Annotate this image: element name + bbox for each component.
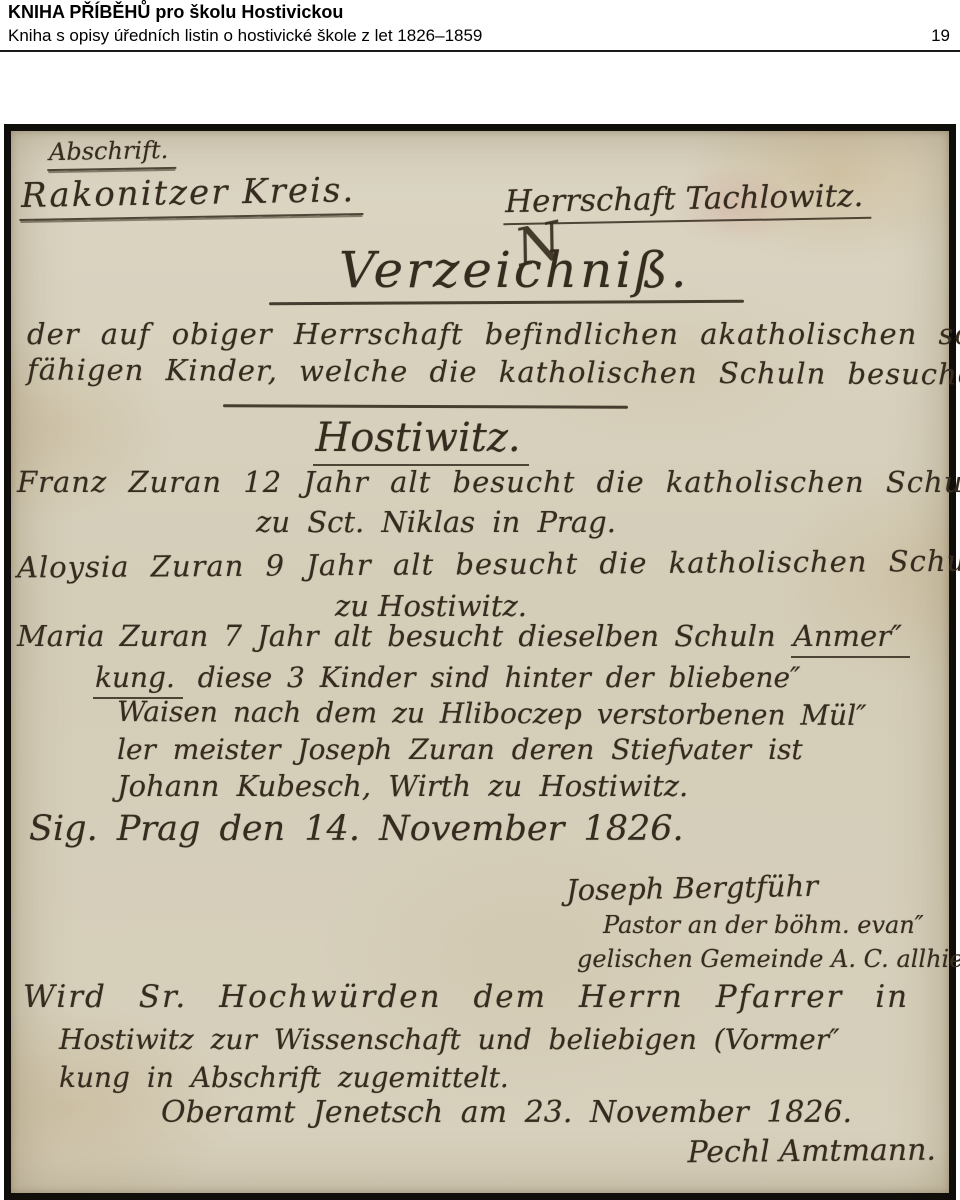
ms-text: Rakonitzer Kreis. (19, 170, 364, 221)
ms-entry-maria: Maria Zuran 7 Jahr alt besucht dieselben… (17, 619, 910, 653)
ms-note-line3: ler meister Joseph Zuran deren Stiefvate… (117, 733, 803, 766)
ms-text: diese 3 Kinder sind hinter der bliebene″ (183, 661, 801, 694)
book-title: KNIHA PŘÍBĚHŮ pro školu Hostivickou (8, 2, 343, 23)
title-underline (269, 300, 744, 305)
ms-office-dateline: Oberamt Jenetsch am 23. November 1826. (161, 1095, 852, 1130)
ms-office-signature: Pechl Amtmann. (481, 1133, 936, 1173)
section-divider-line (223, 404, 628, 408)
ms-note-line2: Waisen nach dem zu Hliboczep verstorbene… (117, 695, 867, 732)
ms-entry-franz: Franz Zuran 12 Jahr alt besucht die kath… (17, 465, 960, 499)
ms-line-herrschaft: Herrschaft Tachlowitz. (503, 178, 872, 220)
page-number: 19 (931, 26, 950, 46)
page-subtitle: Kniha s opisy úředních listin o hostivic… (8, 26, 482, 46)
ms-text: Herrschaft Tachlowitz. (503, 178, 872, 225)
ms-text: Hostiwitz. (313, 415, 528, 466)
ms-note-line4: Johann Kubesch, Wirth zu Hostiwitz. (117, 769, 688, 803)
header-rule (0, 50, 960, 52)
ms-note-line1: kung. diese 3 Kinder sind hinter der bli… (93, 661, 801, 694)
ms-text: Maria Zuran 7 Jahr alt besucht dieselben… (17, 619, 791, 653)
ms-signature-name: Joseph Bergtführ (566, 869, 819, 907)
ms-remark-line2: Hostiwitz zur Wissenschaft und beliebige… (59, 1023, 840, 1056)
ms-signature-role2: gelischen Gemeinde A. C. allhier (577, 945, 960, 973)
document-scan: Abschrift. Rakonitzer Kreis. Herrschaft … (4, 124, 956, 1200)
ms-line-kreis: Rakonitzer Kreis. (19, 170, 364, 216)
ms-text-underlined: kung. (93, 661, 183, 699)
ms-body-line2: fähigen Kinder, welche die katholischen … (27, 352, 960, 391)
ms-entry-franz-cont: zu Sct. Niklas in Prag. (201, 505, 671, 539)
ms-text-underlined: Anmer″ (791, 619, 910, 658)
ms-title-verzeichnis: Verzeichniß. (339, 241, 690, 299)
ms-line-abschrift: Abschrift. (47, 136, 177, 166)
ms-text: Abschrift. (47, 136, 177, 171)
ms-entry-aloysia: Aloysia Zuran 9 Jahr alt besucht die kat… (17, 544, 960, 585)
ms-signature-role1: Pastor an der böhm. evan″ (603, 911, 924, 939)
ms-dateline-prag: Sig. Prag den 14. November 1826. (29, 809, 684, 849)
ms-body-line1: der auf obiger Herrschaft befindlichen a… (27, 317, 960, 351)
ms-remark-line3: kung in Abschrift zugemittelt. (59, 1061, 509, 1094)
ms-place-heading: Hostiwitz. (251, 415, 591, 461)
ms-remark-line1: Wird Sr. Hochwürden dem Herrn Pfarrer in (23, 979, 909, 1015)
ms-entry-aloysia-cont: zu Hostiwitz. (231, 589, 631, 623)
